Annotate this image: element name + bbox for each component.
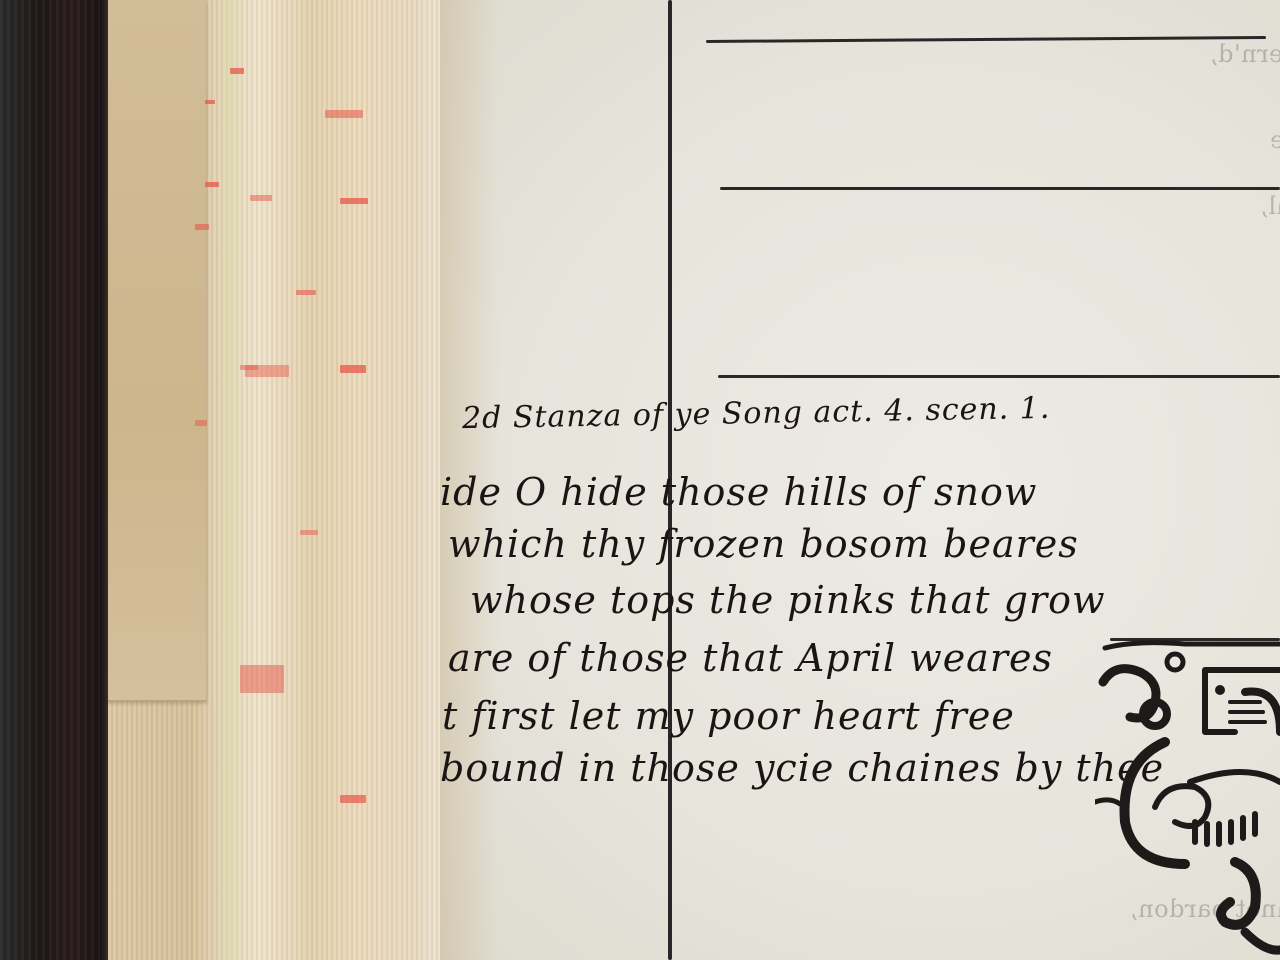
red-speckle — [300, 530, 318, 535]
red-speckle — [195, 420, 207, 426]
pastedown-flap — [106, 0, 206, 702]
manuscript-verse-line: are of those that April weares — [448, 636, 1053, 680]
manuscript-verse-line: ide O hide those hills of snow — [440, 470, 1037, 514]
red-speckle — [340, 365, 366, 373]
red-speckle — [205, 100, 215, 104]
show-through-text: mercie to provide — [1270, 126, 1280, 154]
show-through-text: e. Free acquittal, — [1260, 192, 1280, 220]
red-speckle — [240, 665, 284, 693]
red-speckle — [340, 795, 366, 803]
red-speckle — [340, 198, 368, 204]
manuscript-verse-line: whose tops the pinks that grow — [470, 578, 1106, 622]
manuscript-verse-line: t first let my poor heart free — [442, 694, 1015, 738]
red-speckle — [195, 224, 209, 230]
gutter-tint — [218, 0, 242, 960]
red-speckle — [296, 290, 316, 295]
red-speckle — [245, 365, 289, 377]
printed-rule — [718, 375, 1280, 378]
red-speckle — [325, 110, 363, 118]
manuscript-verse-line: bound in those ycie chaines by thee — [440, 746, 1164, 790]
book-photograph: ng. Thou it concern'd, uls, I quit them … — [0, 0, 1280, 960]
red-speckle — [230, 68, 244, 74]
show-through-text: ng. Thou it concern'd, — [1210, 40, 1280, 68]
leather-binding — [0, 0, 106, 960]
printed-rule — [720, 187, 1280, 190]
manuscript-verse-line: which thy frozen bosom beares — [448, 522, 1079, 566]
red-speckle — [205, 182, 219, 187]
binding-edge — [100, 0, 108, 960]
woodcut-ornament-icon — [1095, 632, 1280, 960]
red-speckle — [250, 195, 272, 201]
